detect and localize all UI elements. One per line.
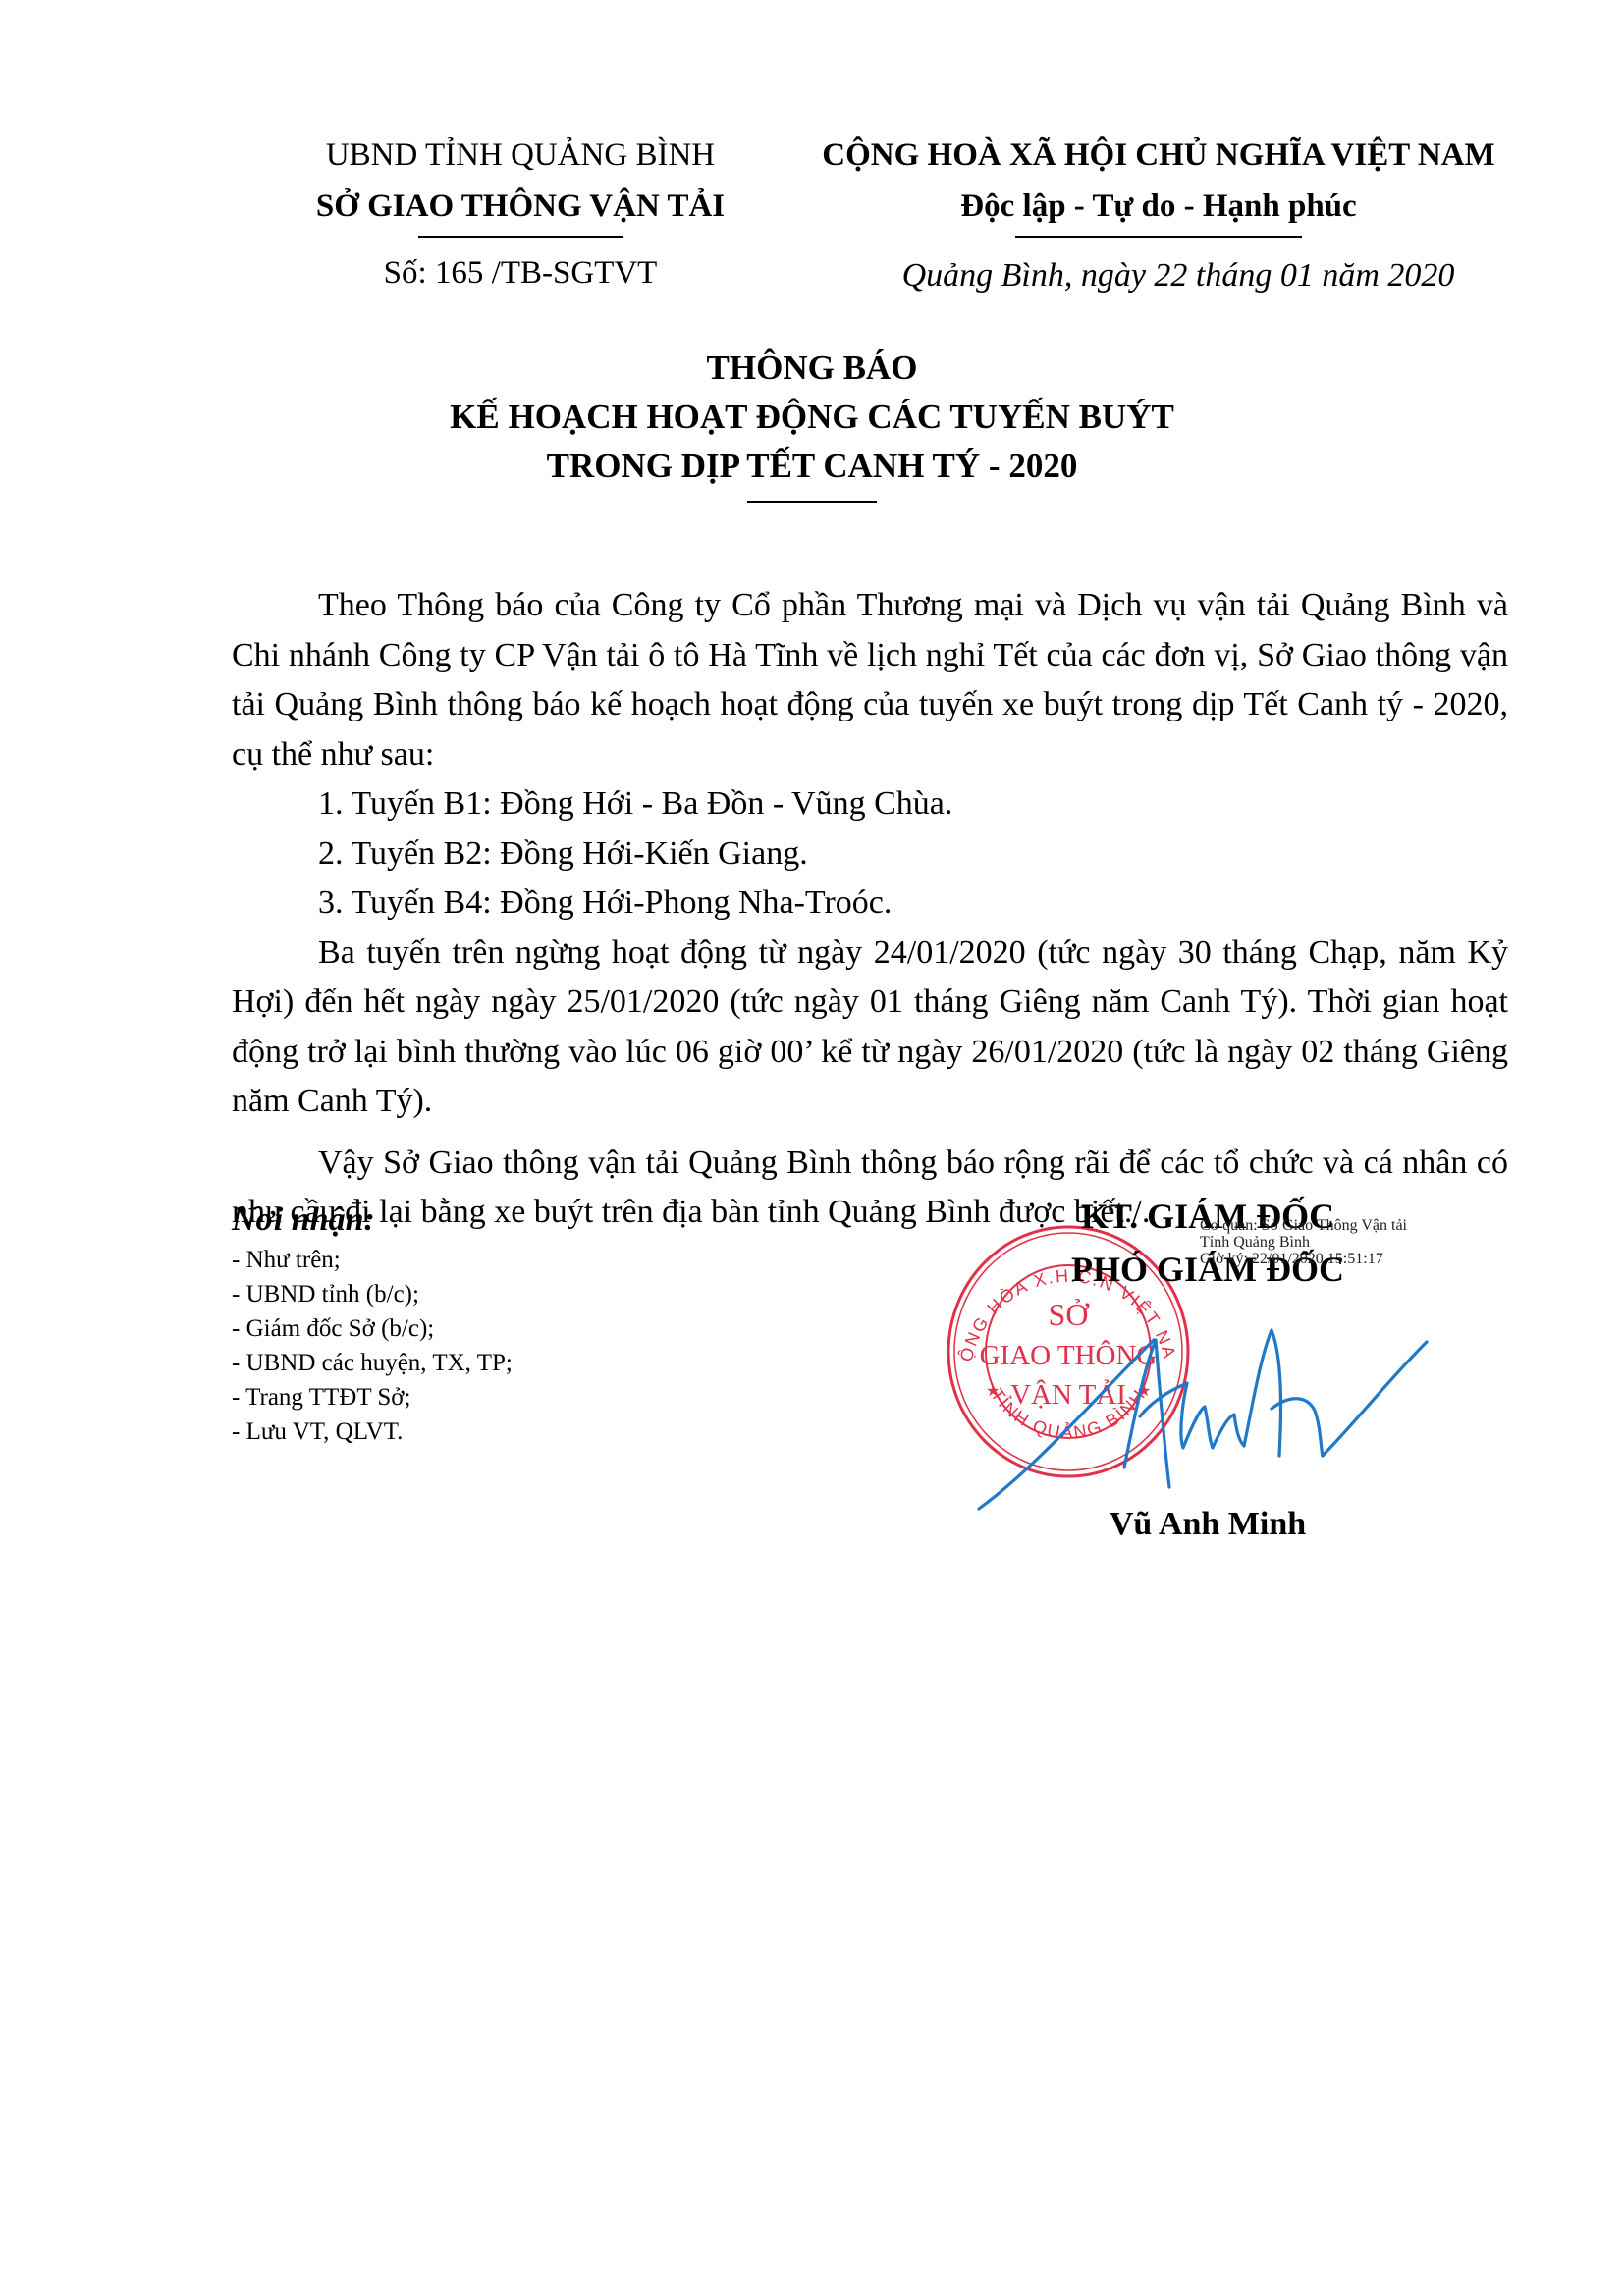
recipient-item: - UBND tỉnh (b/c); (232, 1277, 723, 1311)
route-item: 1. Tuyến B1: Đồng Hới - Ba Đồn - Vũng Ch… (232, 779, 1508, 829)
parent-agency: UBND TỈNH QUẢNG BÌNH (245, 130, 795, 181)
national-header-block: CỘNG HOÀ XÃ HỘI CHỦ NGHĨA VIỆT NAM Độc l… (776, 130, 1542, 294)
recipients-block: Nơi nhận: - Như trên; - UBND tỉnh (b/c);… (232, 1198, 723, 1449)
recipient-item: - Như trên; (232, 1243, 723, 1277)
title-underline (747, 501, 877, 503)
route-item: 2. Tuyến B2: Đồng Hới-Kiến Giang. (232, 829, 1508, 880)
motto-underline (1015, 236, 1302, 238)
recipient-item: - Trang TTĐT Sở; (232, 1380, 723, 1415)
agency-name: SỞ GIAO THÔNG VẬN TẢI (245, 181, 795, 232)
nation-title: CỘNG HOÀ XÃ HỘI CHỦ NGHĨA VIỆT NAM (776, 130, 1542, 181)
title-type: THÔNG BÁO (295, 344, 1329, 393)
document-body: Theo Thông báo của Công ty Cổ phần Thươn… (232, 581, 1508, 1238)
national-motto: Độc lập - Tự do - Hạnh phúc (776, 181, 1542, 232)
recipient-item: - Giám đốc Sở (b/c); (232, 1311, 723, 1346)
title-line-1: KẾ HOẠCH HOẠT ĐỘNG CÁC TUYẾN BUÝT (295, 393, 1329, 442)
issuing-agency-block: UBND TỈNH QUẢNG BÌNH SỞ GIAO THÔNG VẬN T… (245, 130, 795, 292)
recipient-item: - Lưu VT, QLVT. (232, 1415, 723, 1449)
title-line-2: TRONG DỊP TẾT CANH TÝ - 2020 (295, 442, 1329, 491)
recipients-label: Nơi nhận: (232, 1198, 723, 1243)
recipient-item: - UBND các huyện, TX, TP; (232, 1346, 723, 1380)
agency-underline (418, 236, 623, 238)
signer-name: Vũ Anh Minh (992, 1506, 1424, 1543)
document-title: THÔNG BÁO KẾ HOẠCH HOẠT ĐỘNG CÁC TUYẾN B… (295, 344, 1329, 503)
digital-sig-province: Tỉnh Quảng Bình (1200, 1234, 1475, 1251)
handwritten-signature-icon (977, 1301, 1429, 1517)
digital-sig-agency: Cơ quan: Sở Giao Thông Vận tải (1200, 1217, 1475, 1234)
digital-signature-info: Cơ quan: Sở Giao Thông Vận tải Tỉnh Quản… (1200, 1217, 1475, 1267)
digital-sig-time: Giờ ký: 22/01/2020 15:51:17 (1200, 1251, 1475, 1267)
intro-paragraph: Theo Thông báo của Công ty Cổ phần Thươn… (232, 581, 1508, 779)
document-number: Số: 165 /TB-SGTVT (245, 255, 795, 292)
route-item: 3. Tuyến B4: Đồng Hới-Phong Nha-Troóc. (232, 879, 1508, 929)
place-date: Quảng Bình, ngày 22 tháng 01 năm 2020 (776, 257, 1542, 294)
schedule-paragraph: Ba tuyến trên ngừng hoạt động từ ngày 24… (232, 929, 1508, 1127)
